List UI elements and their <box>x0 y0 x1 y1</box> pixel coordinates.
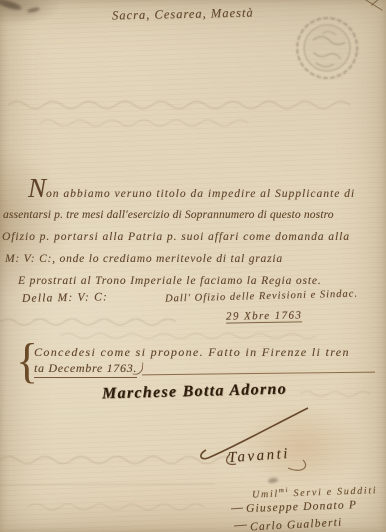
signatory-giuseppe: Giuseppe Donato P <box>246 499 357 515</box>
closing-salutation: Umilmi Servi e Sudditi <box>252 483 378 501</box>
body-line-4: M: V: C:, onde lo crediamo meritevole di… <box>5 253 283 265</box>
bleedthrough-writing <box>40 116 260 130</box>
signatory-dash <box>234 525 247 527</box>
address-line: Sacra, Cesarea, Maestà <box>112 6 254 24</box>
body-line-2: assentarsi p. tre mesi dall'esercizio di… <box>3 209 334 221</box>
decree-line-1: Concedesi come si propone. Fatto in Fire… <box>34 345 350 360</box>
addressee-abbreviation: Della M: V: C: <box>22 291 108 304</box>
decree-rule <box>142 372 375 376</box>
body-line-1: Non abbiamo veruno titolo da impedire al… <box>28 183 355 200</box>
bleedthrough-rule <box>0 482 215 488</box>
signatory-dash <box>231 508 243 510</box>
ink-smudge <box>27 6 41 13</box>
salutation-superscript: mi <box>279 486 290 494</box>
manuscript-page: Sacra, Cesarea, Maestà Non abbiamo verun… <box>0 0 386 532</box>
office-dateline: Dall' Ofizio delle Revisioni e Sindac. <box>165 288 358 304</box>
bleedthrough-writing <box>0 315 190 329</box>
bleedthrough-writing <box>60 330 320 342</box>
bleedthrough-writing <box>28 500 218 514</box>
body-line-3: Ofizio p. portarsi alla Patria p. suoi a… <box>2 231 350 243</box>
ink-flourish-mark <box>268 477 279 484</box>
decree-line-2: ta Decembre 1763. <box>34 361 137 378</box>
body-line-5: E prostrati al Trono Imperiale le faciam… <box>18 275 322 287</box>
salutation-abbrev: Umil <box>252 489 279 501</box>
signature-minister: Marchese Botta Adorno <box>102 381 287 404</box>
ink-smudge <box>0 0 22 12</box>
bleedthrough-writing <box>300 388 380 400</box>
salutation-rest: Servi e Sudditi <box>289 485 377 499</box>
signatory-carlo: Carlo Gualberti <box>250 517 343 532</box>
bleedthrough-writing <box>8 96 368 112</box>
decree-rule-curl <box>133 362 144 376</box>
ink-seal-stamp-icon <box>287 7 367 90</box>
office-date: 29 Xbre 1763 <box>226 309 302 323</box>
